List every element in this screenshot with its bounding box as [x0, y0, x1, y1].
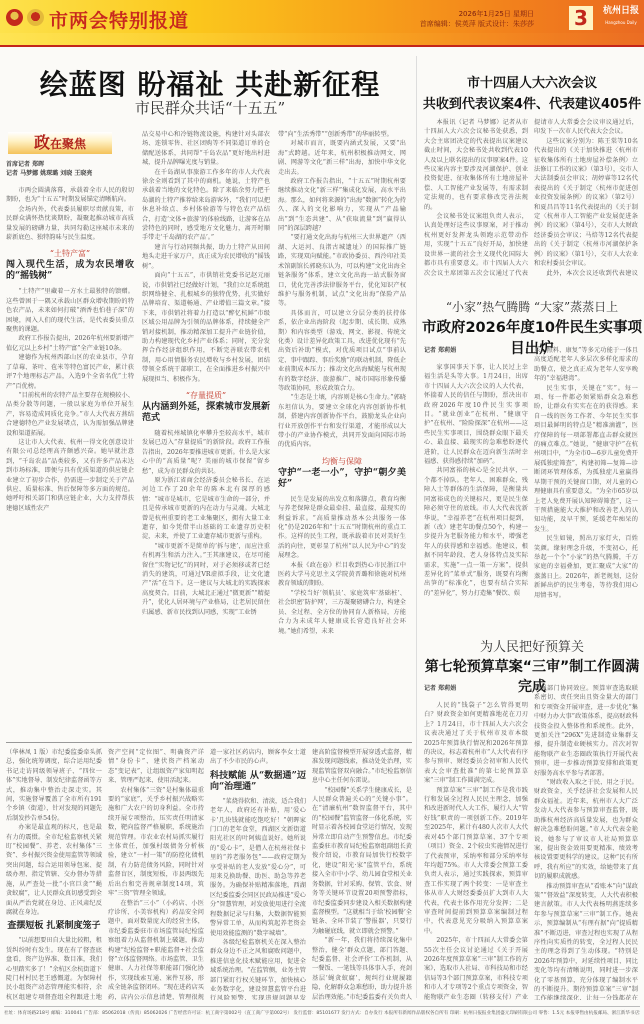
body-paragraph: 农村集体“三资”是村集体最重要的“家底”，关乎乡村振兴战略实施和广大农户的切身利… — [108, 786, 204, 899]
body-paragraph: 办案是最直观的标尺，也是最有力的震慑。全市纪检监察机关紧盯“校园餐”、养老、农村… — [6, 823, 102, 917]
lead-paragraph: 会场内外，代表委员履职尽责献良策，市民群众满怀热忱谈期盼，凝聚起推动城市高质量发… — [6, 205, 134, 243]
body-paragraph: “学校当好‘领航员’、家庭筑牢‘基础桩’、社会织密‘防护网’，三方凝聚磅礴合力，… — [278, 589, 406, 636]
page-masthead: 市两会特别报道 2026年1月25日 星期日 首席编辑：侯英萍 版式设计：朱莎莎… — [0, 0, 644, 47]
discipline-column-3: 道一家社区药店内，顾客李女士道出了不少市民的心声。 科技赋能 从“数据通”迈向“… — [210, 748, 306, 1000]
editor-credits: 首席编辑：侯英萍 版式设计：朱莎莎 — [420, 19, 534, 29]
body-paragraph: 带“向“生活秀带”“创新秀带”的华丽转型。 — [278, 130, 406, 139]
body-paragraph: 建德作为杭州西部山区的农业县市，孕育了草莓、茶叶、苞米等特色富民产业，累计获评7… — [6, 353, 134, 391]
column-label-focus: 政在聚焦 — [8, 132, 112, 154]
body-paragraph: “城市更新不是简单的‘拆与建’，而应注重有机再生和活力注入。”王其康建议，在尽可… — [142, 542, 270, 617]
budget-kicker: 为人民把好预算关 — [420, 636, 644, 655]
page-footer: 社址：体育场路218号 邮编：310041 广告部：85062018（传真）85… — [4, 1006, 640, 1016]
section-divider — [6, 742, 412, 743]
issue-date: 2026年1月25日 星期日 — [420, 9, 534, 19]
body-paragraph: 政府工作报告指出，“十五五”时期杭州要继续推动文化“新三样”集成化发展，高水平出… — [278, 177, 406, 233]
paper-logo: 杭州日报 Hangzhou Daily — [600, 6, 642, 28]
subsection-kicker: “存量提质” — [142, 390, 270, 402]
body-paragraph: 品交易中心和冷链物流设施，构建针对头部农场、连锁零售、社区团购等不同渠道订单的仓… — [142, 130, 270, 168]
body-paragraph: 随着杭州城镇化率攀升至较高水平，城市发展已迈入“存量提质”的新阶段。政府工作报告… — [142, 429, 270, 476]
body-paragraph: 政府工作报告提出，2026年杭州要新增产值亿元以上乡村“土特产富”全产业链10条… — [6, 334, 134, 353]
npc-article-title-line2: 共收到代表议案4件、代表建议405件 — [420, 93, 644, 112]
budget-byline: 记者 郑莉娟 — [424, 684, 528, 693]
section-title: 市两会特别报道 — [49, 6, 189, 33]
body-paragraph: “校园餐”关系学生健康成长，是人民群众普遍关心的“关键小事”。在“清廉杭州”数智… — [312, 786, 412, 937]
body-paragraph: “财政收入取之于民、用之于民。财政资金，关乎经济社会发展和人民群众福祉。近年来，… — [534, 778, 638, 881]
discipline-column-4: 建高阶监督模型开展穿透式监督，精准发现问题线索，推动处处治理，实现监管监督双向融… — [312, 748, 412, 1000]
lead-column-1: 首席记者 郑晖 记者 马梦娜 姚琛璐 刘晓 王晓亮 市两会圆满落幕，承载着全市人… — [6, 160, 134, 638]
projects-byline: 记者 郑莉娟 — [424, 346, 528, 355]
body-paragraph: 面向“十五五”，市供销社党委书记赵元丽说，市供销社已经做好计划，“我们立足系统组… — [142, 271, 270, 384]
body-paragraph: “新一年，我们将持续深化集中整治，健全‘群众点题、部门答题、纪委监督、社会评价’… — [312, 936, 412, 1000]
byline-reporters: 记者 马梦娜 姚琛璐 刘晓 王晓亮 — [6, 169, 134, 178]
body-paragraph: “土特产”里藏着一方水土最独特的馈赠。这些曾困于一隅又承载山区群众增收期盼的特色… — [6, 287, 134, 334]
projects-kicker: “小家”热气腾腾 “大家”蒸蒸日上 — [420, 298, 644, 315]
body-paragraph: 民生如镜，照出万家灯火，百姓笑颜。缘射理念升级，不变初心，托举起一个个“小家”的… — [534, 534, 638, 600]
subsection-heading: 查摆短板 扎紧制度笼子 — [6, 921, 102, 932]
body-paragraph: 增强部门协同效应。预算审查选取联系密切、责任突出且资金量大的部门和专项资金开展审… — [534, 684, 638, 778]
body-paragraph: 道一家社区药店内，顾客李女士道出了不少市民的心声。 — [210, 748, 306, 767]
main-subheadline: 市民群众共话“十五五” — [0, 97, 420, 118]
body-paragraph: 本报《政在@》栏目收到热心市民浙江中医药大学马克思主义学院黄晋璐和徐施对杭州教育… — [278, 561, 406, 589]
focus-label-big: 政 — [34, 133, 50, 152]
body-paragraph: “要打通文化出海与杭州三大世界遗产（西湖、大运河、良渚古城遗址）的国际推广链路，… — [278, 233, 406, 308]
npc-article-left-column: 本报讯（记者 马梦娜）记者从市十四届人大六次会议秘书处获悉，到大会主席团决定的代… — [424, 118, 528, 278]
paper-name-en: Hangzhou Daily — [600, 17, 642, 28]
body-paragraph: 乐、照料、康复”等多元功能于一体且高度适配老年人多层次多样化需求的助餐点，使之真… — [534, 346, 638, 384]
subsection-heading: 科技赋能 从“数据通”迈向“治理通” — [210, 771, 306, 793]
body-paragraph: 预算草案“三审”制工作是我市践行和发展全过程人民民主理念，加强和改进新时代人大工… — [424, 786, 528, 937]
body-paragraph: “生态是土壤，内容则是核心生命力。”郭晓东坦信认为，要建立全球化内容创新协作机制… — [278, 393, 406, 449]
body-paragraph: （华林凤 1 版）市纪委监委牵头抓总，强化统筹调度，综合运用纪委书记走访同级领导… — [6, 748, 102, 823]
body-paragraph: 共同富裕的核心是全民共享，一个都不掉队。老年人、困难群众、残障人士等群体的生活保… — [424, 466, 528, 598]
discipline-column-2: 资产空间“定位图”、明确资产详情“身份卡”、建伏资产档案动态“变记表”，让组级资… — [108, 748, 204, 1000]
budget-left-column: 记者 郑莉娟 人民的“钱袋子”怎么管得更明白？财政资金如何更精准地花在刀刃上？1… — [424, 684, 528, 1000]
body-paragraph: 民生是发展的出发点和落脚点，教育均衡与养老保障是群众最牵挂、最直接、最现实的利益… — [278, 495, 406, 561]
npc-article-title-line1: 市十四届人大六次会议 — [420, 72, 644, 91]
body-paragraph: 民生实事，关键在“实”。每一项、每一件都必须紧贴群众急难愁盼，让群众有实实在在的… — [534, 384, 638, 535]
body-paragraph: 2025年，市十四届人大常委会第55次主任会议讨论通过《关于开展2026年度预算… — [424, 936, 528, 1000]
npc-article-right-column: 提请市人大常委会会议审议通过后，印发下一次市人民代表大会会议。 这些议案分别为：… — [534, 118, 638, 278]
subsection-kicker: “土特产富” — [6, 248, 134, 260]
page-number: 3 — [569, 6, 593, 30]
lead-column-2: 品交易中心和冷链物流设施，构建针对头部农场、连锁零售、社区团购等不同渠道订单的仓… — [142, 130, 270, 638]
body-paragraph: 具体而言，可以建立分层分类的扶持体系，依企业出海阶段（起步期、成长期、成熟期）和… — [278, 309, 406, 394]
focus-label-small: 在聚焦 — [50, 137, 86, 151]
budget-right-column: 增强部门协同效应。预算审查选取联系密切、责任突出且资金量大的部门和专项资金开展审… — [534, 684, 638, 1000]
national-emblem-icon — [6, 9, 23, 26]
body-paragraph: 会议秘书处议案组负责人表示，认真处理好这些议事原案，对于推动杭州更好发挥龙头领跑… — [424, 212, 528, 278]
paper-name: 杭州日报 — [600, 6, 642, 17]
discipline-column-1: （华林凤 1 版）市纪委监委牵头抓总，强化统筹调度，综合运用纪委书记走访同级领导… — [6, 748, 102, 1000]
subsection-heading: 闯入现代生活，成为农民增收的“摇钱树” — [6, 260, 134, 282]
lead-column-3: 带“向“生活秀带”“创新秀带”的华丽转型。 对城市而言，既要内涵式发展，又要“出… — [278, 130, 406, 638]
subsection-heading: 从内涵到外延，探索城市发展新范式 — [142, 402, 270, 424]
body-paragraph: 此外，本次会议还收到代表建议405件。其中，工业、交通类61件，财政、农业、旅居… — [534, 269, 638, 279]
body-paragraph: 资产空间“定位图”、明确资产详情“身份卡”、建伏资产档案动态“变记表”，让组级资… — [108, 748, 204, 786]
body-paragraph: 推动预算审查从“看账本”向“谋政策”“督效益”深度转变，人大代表积极建言献策。市… — [534, 882, 638, 1000]
lead-paragraph: 市两会圆满落幕，承载着全市人民的殷切期盼，也为“十五五”时期发展锚定清晰航向。 — [6, 186, 134, 205]
body-paragraph: 原为浙江省商会经济委员会秘书长、在运河边工作了20余年的陈本北有深厚的感情：“城… — [142, 476, 270, 542]
body-paragraph: 在千岛湖从事旅游工作多年的市人大代表徐余全则看到了其中的商机。她说，土特产也承载… — [142, 168, 270, 243]
body-paragraph: 各级纪检监察机关在深入整治群众身边不正之风和腐败问题中，推进信息化技术赋能应用，… — [210, 938, 306, 1000]
byline-chief: 首席记者 郑晖 — [6, 160, 134, 169]
body-paragraph: 建言与行动同频共振，助力土特产从田间地头走进千家万户，真正成为农民增收的“摇钱树… — [142, 243, 270, 271]
body-paragraph: “以前想要田自大量比较粗，租赁纠纷时有发生。现在有了督查底盘看，资产边界准、数目… — [6, 936, 102, 1000]
body-paragraph: 这些议案分别为：陈王棠等10名代表提出的《关于加快推进〈杭州市征收集体所有土地房… — [534, 137, 638, 269]
cppcc-emblem-icon — [27, 9, 44, 26]
body-paragraph: 对城市而言，既要内涵式发展，又要“出海”式跨越。近年来，杭州积极推动网文、网剧、… — [278, 139, 406, 177]
body-paragraph: 建高阶监督模型开展穿透式监督，精准发现问题线索，推动处处治理，实现监管监督双向融… — [312, 748, 412, 786]
body-paragraph: 本报讯（记者 马梦娜）记者从市十四届人大六次会议秘书处获悉，到大会主席团决定的代… — [424, 118, 528, 212]
column-divider — [416, 56, 417, 998]
subsection-kicker: 均衡与保障 — [278, 456, 406, 468]
date-editors-block: 2026年1月25日 星期日 首席编辑：侯英萍 版式设计：朱莎莎 — [420, 9, 534, 29]
body-paragraph: 在整治“三小”（小药店、小医疗诊所、小美容机构）药品安全问题中，面对数量庞大的经… — [108, 899, 204, 1001]
body-paragraph: “目前杭州的农特产品主要存在规模较小、品类分散等问题，一般以家庭为单位开展生产，… — [6, 391, 134, 438]
projects-right-column: 乐、照料、康复”等多元功能于一体且高度适配老年人多层次多样化需求的助餐点，使之真… — [534, 346, 638, 616]
subsection-heading: 守护“一老一小”，守护“朝夕美好” — [278, 468, 406, 490]
body-paragraph: 提请市人大常委会会议审议通过后，印发下一次市人民代表大会会议。 — [534, 118, 638, 137]
body-paragraph: 人民的“钱袋子”怎么管得更明白？财政资金如何更精准地花在刀刃上？1月24日，市十… — [424, 701, 528, 786]
body-paragraph: 家事国事天下事，让人民过上幸福生活是头等大事。1月24日，出席市十四届人大六次会… — [424, 363, 528, 466]
body-paragraph: “菜烧得软和、清淡，适合我们老年人，政府还有补贴，用‘爱心卡’几块钱就能吃饱吃好… — [210, 797, 306, 938]
body-paragraph: 这让市人大代表、杭州一得文化创意设计有限公司总经理高卉颇感兴奋。她早就注意到，“… — [6, 438, 134, 513]
projects-left-column: 记者 郑莉娟 家事国事天下事，让人民过上幸福生活是头等大事。1月24日，出席市十… — [424, 346, 528, 616]
